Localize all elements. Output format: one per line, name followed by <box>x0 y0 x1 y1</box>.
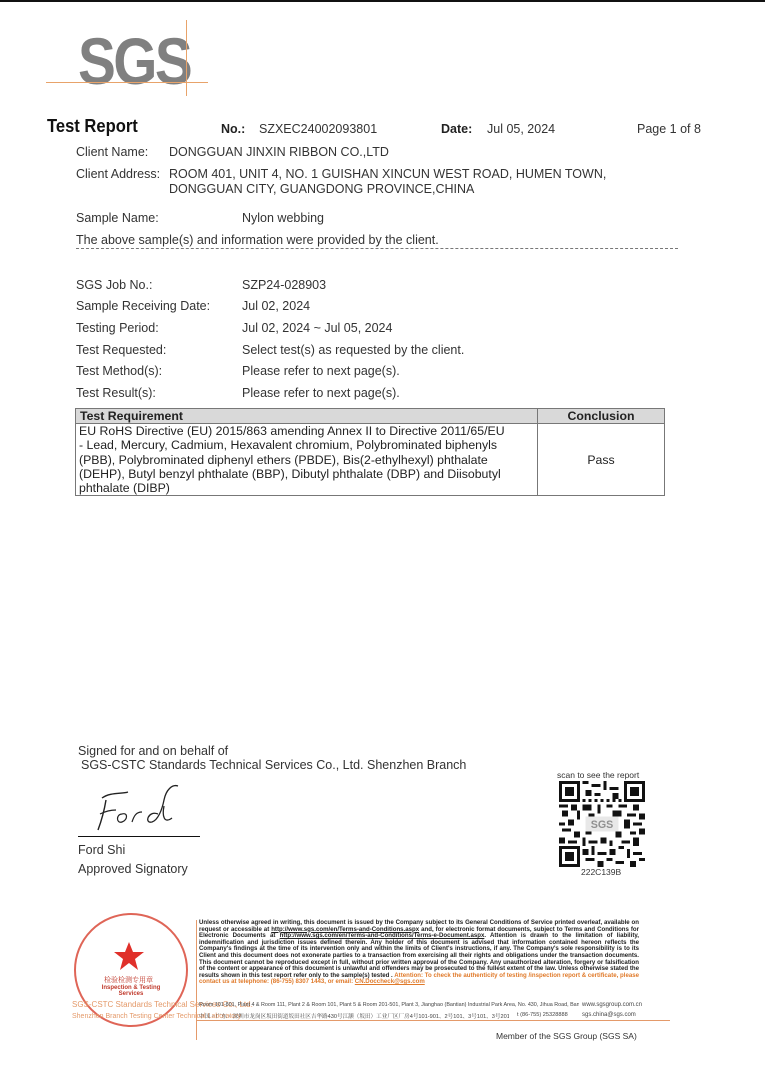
dashed-separator <box>76 248 678 250</box>
requirement-cell: EU RoHS Directive (EU) 2015/863 amending… <box>76 424 538 496</box>
stamp-english-text: Inspection & Testing Services <box>96 985 166 997</box>
requirement-line: EU RoHS Directive (EU) 2015/863 amending… <box>79 424 534 438</box>
test-requirement-table: Test Requirement Conclusion EU RoHS Dire… <box>75 408 665 496</box>
logo-horizontal-line <box>46 82 208 83</box>
requirement-line: (PBB), Polybrominated diphenyl ethers (P… <box>79 453 534 467</box>
job-info-label: Sample Receiving Date: <box>76 299 210 313</box>
job-info-value: Jul 02, 2024 <box>242 299 310 313</box>
job-info-value: Select test(s) as requested by the clien… <box>242 343 464 357</box>
sample-name-value: Nylon webbing <box>242 211 324 225</box>
sgs-group-member-note: Member of the SGS Group (SGS SA) <box>496 1031 637 1041</box>
table-row: EU RoHS Directive (EU) 2015/863 amending… <box>76 424 665 496</box>
report-date-value: Jul 05, 2024 <box>487 122 555 136</box>
official-stamp: 检验检测专用章 Inspection & Testing Services <box>74 913 188 1027</box>
sgs-logo: SGS <box>46 20 208 96</box>
requirement-line: - Lead, Mercury, Cadmium, Hexavalent chr… <box>79 438 534 452</box>
signed-for-text: Signed for and on behalf of <box>78 744 228 758</box>
signature-line <box>78 836 200 837</box>
website-link[interactable]: www.sgsgroup.com.cn <box>582 1002 642 1008</box>
signatory-title: Approved Signatory <box>78 862 188 876</box>
job-info-label: Test Requested: <box>76 343 166 357</box>
email-link[interactable]: sgs.china@sgs.com <box>582 1012 636 1018</box>
qr-code-id: 222C139B <box>581 867 621 877</box>
client-address-line2: DONGGUAN CITY, GUANGDONG PROVINCE,CHINA <box>169 182 474 196</box>
job-info-label: Testing Period: <box>76 321 159 335</box>
sample-name-label: Sample Name: <box>76 211 159 225</box>
footer-horizontal-line <box>196 1020 670 1021</box>
job-info-label: SGS Job No.: <box>76 278 152 292</box>
requirement-line: phthalate (DIBP) <box>79 481 534 495</box>
qr-sgs-label: SGS <box>591 819 614 831</box>
client-name-label: Client Name: <box>76 145 148 159</box>
report-no-value: SZXEC24002093801 <box>259 122 377 136</box>
star-icon <box>113 941 145 971</box>
job-info-value: SZP24-028903 <box>242 278 326 292</box>
header-conclusion: Conclusion <box>538 409 665 424</box>
legal-disclaimer: Unless otherwise agreed in writing, this… <box>199 920 639 986</box>
table-header-row: Test Requirement Conclusion <box>76 409 665 424</box>
report-title: Test Report <box>47 116 138 137</box>
logo-vertical-line <box>186 20 187 96</box>
conclusion-cell: Pass <box>538 424 665 496</box>
footer-vertical-line <box>196 920 197 1040</box>
sample-provided-note: The above sample(s) and information were… <box>76 233 439 247</box>
page-top-border <box>0 0 765 2</box>
qr-code[interactable]: SGS <box>559 781 645 867</box>
job-info-value: Jul 02, 2024 ~ Jul 05, 2024 <box>242 321 392 335</box>
job-info-value: Please refer to next page(s). <box>242 364 400 378</box>
signatory-name: Ford Shi <box>78 843 125 857</box>
address-english: Room 101-801, Plant 4 & Room 111, Plant … <box>199 1002 579 1008</box>
job-info-label: Test Method(s): <box>76 364 162 378</box>
header-test-requirement: Test Requirement <box>76 409 538 424</box>
signing-company: SGS-CSTC Standards Technical Services Co… <box>81 758 466 772</box>
stamp-chinese-text: 检验检测专用章 <box>104 975 153 985</box>
report-date-label: Date: <box>441 122 472 136</box>
requirement-line: (DEHP), Butyl benzyl phthalate (BBP), Di… <box>79 467 534 481</box>
job-info-label: Test Result(s): <box>76 386 156 400</box>
doccheck-email-link[interactable]: CN.Doccheck@sgs.com <box>355 978 425 985</box>
client-name-value: DONGGUAN JINXIN RIBBON CO.,LTD <box>169 145 389 159</box>
handwritten-signature <box>88 780 198 836</box>
report-no-label: No.: <box>221 122 245 136</box>
client-address-line1: ROOM 401, UNIT 4, NO. 1 GUISHAN XINCUN W… <box>169 167 606 181</box>
page-indicator: Page 1 of 8 <box>637 122 701 136</box>
client-address-label: Client Address: <box>76 167 160 181</box>
address-chinese: 中国・广东・深圳市龙岗区坂田街道坂田社区吉华路430号江灏（坂田）工业厂区厂房4… <box>199 1012 509 1020</box>
job-info-value: Please refer to next page(s). <box>242 386 400 400</box>
telephone: t (86-755) 25328888 <box>517 1012 568 1018</box>
qr-caption: scan to see the report <box>557 770 639 780</box>
